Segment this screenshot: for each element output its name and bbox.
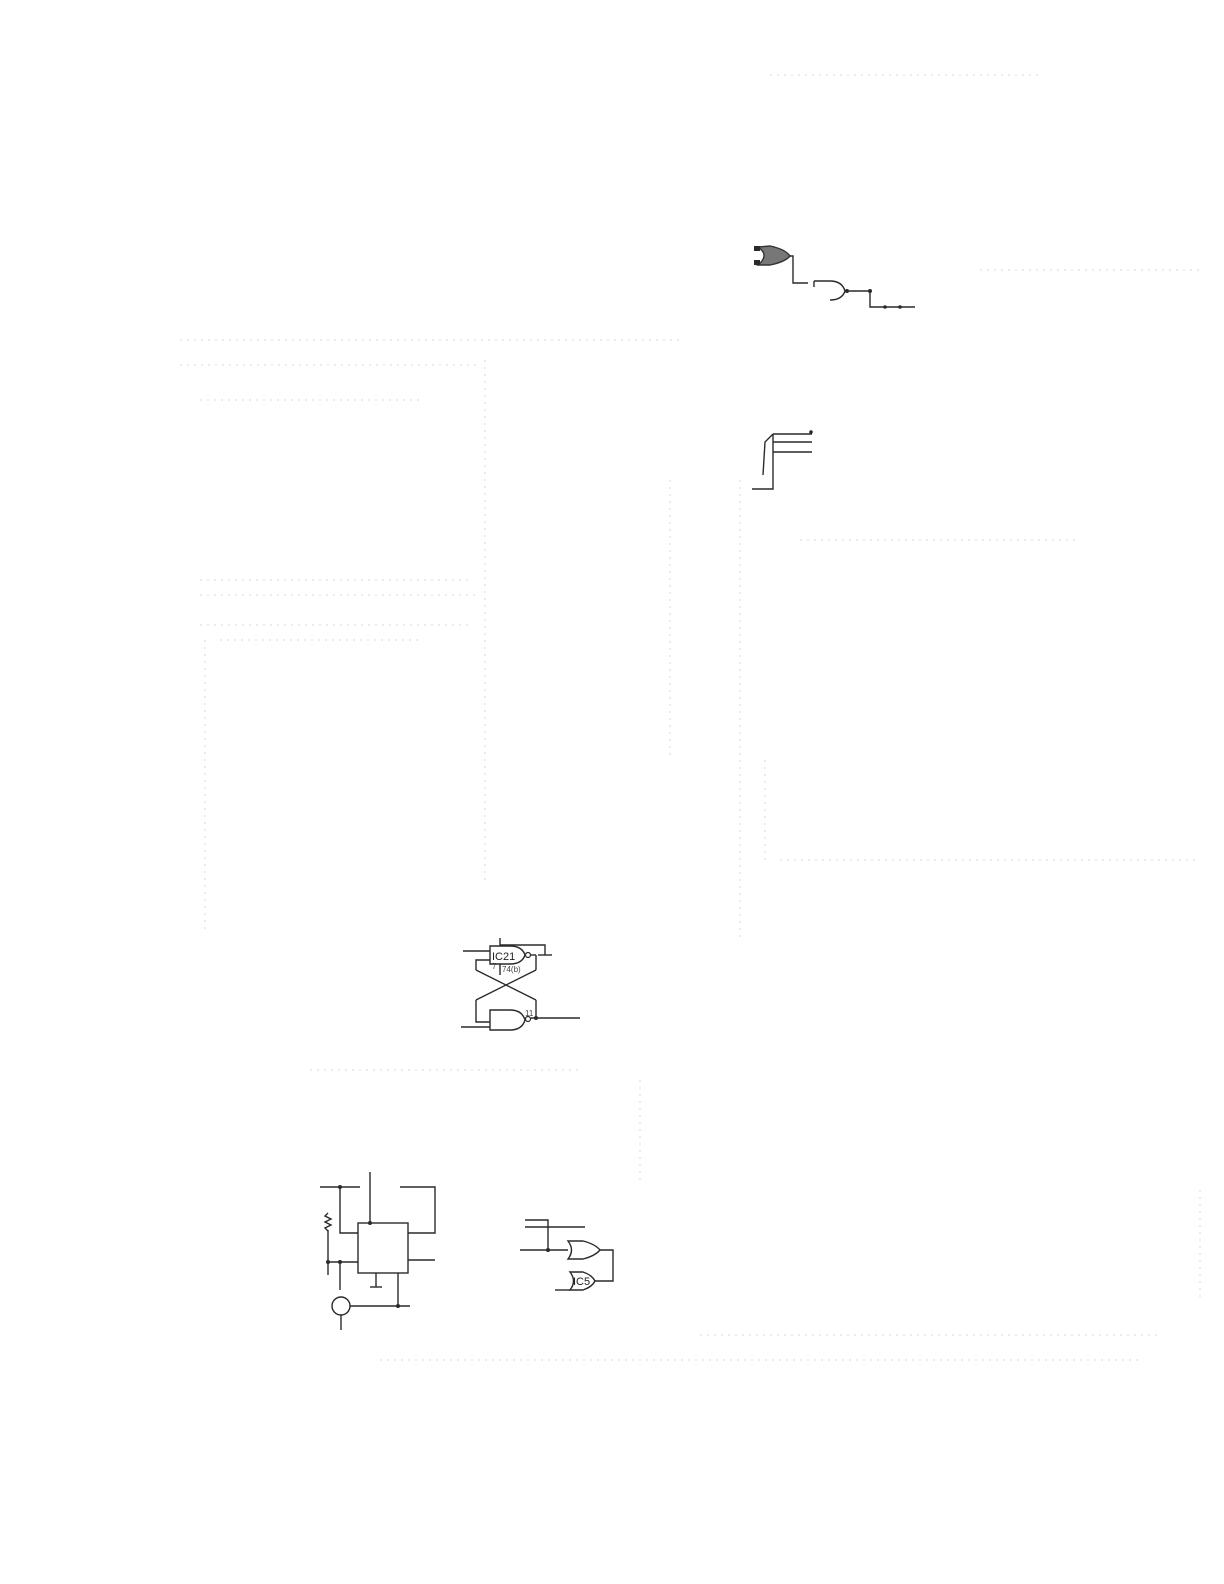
ic5-label: IC5 — [573, 1276, 590, 1288]
schematic-canvas: IC21 74(b) 7 11 — [0, 0, 1224, 1584]
or-pair-ic5: IC5 — [520, 1220, 613, 1290]
pin-11-label: 11 — [525, 1009, 534, 1018]
flip-flop-ic21: IC21 74(b) 7 11 — [461, 938, 580, 1030]
faded-traces — [180, 75, 1200, 1360]
part-label: 74(b) — [502, 965, 521, 974]
bus-block — [752, 430, 813, 489]
pin-7-label: 7 — [492, 962, 497, 971]
timer-block — [320, 1172, 435, 1330]
gate-chain — [754, 246, 915, 309]
